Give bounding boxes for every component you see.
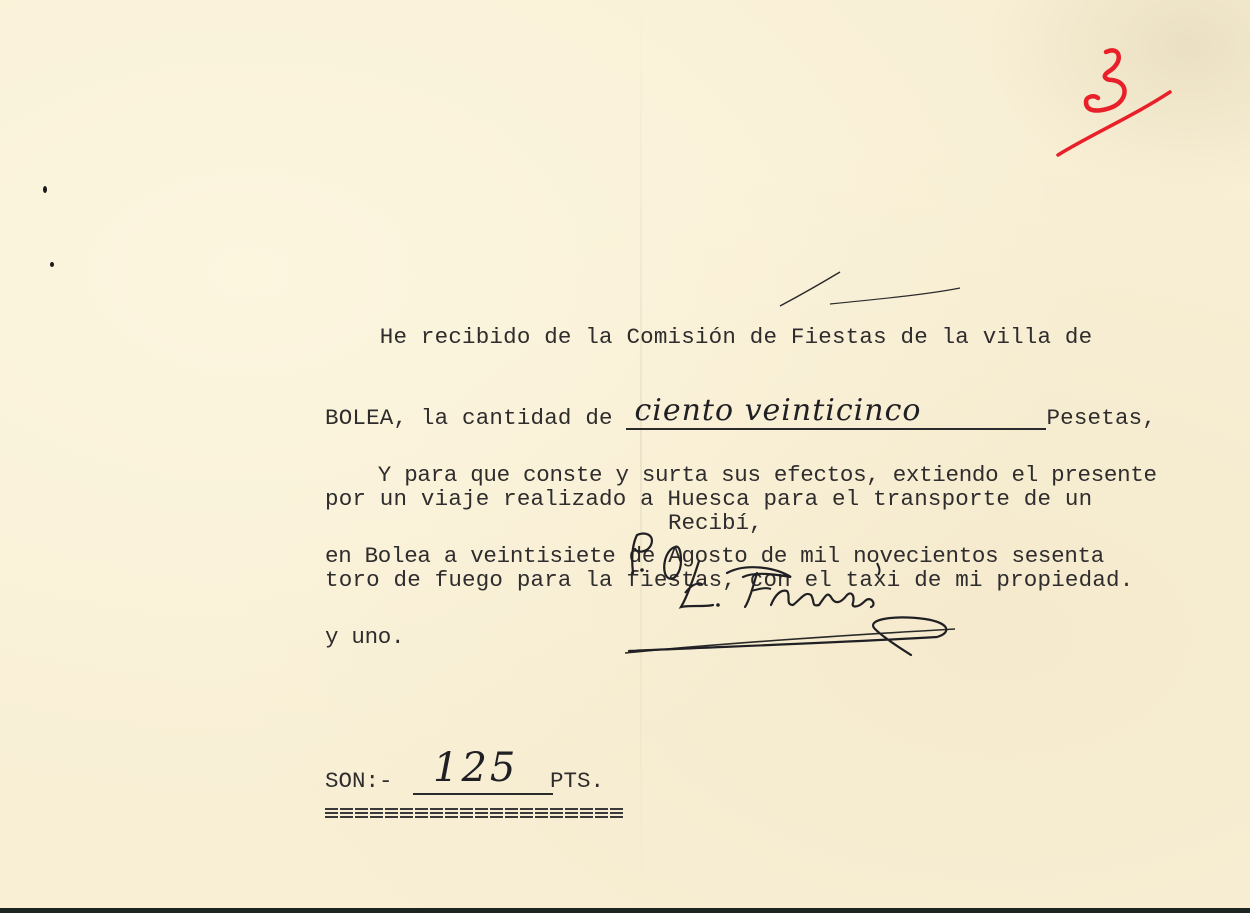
margin-mark xyxy=(50,262,54,267)
double-rule-separator xyxy=(325,808,625,818)
total-amount-field: 125 xyxy=(413,745,553,797)
total-label: SON:- xyxy=(325,768,393,794)
total-amount-underline xyxy=(413,793,553,795)
scan-bottom-edge xyxy=(0,908,1250,913)
page-number-mark: 3 xyxy=(1050,40,1180,160)
handwritten-signature: P.O. J. Fraus xyxy=(615,525,975,665)
ink-stroke xyxy=(770,270,970,310)
currency-label: PTS. xyxy=(550,768,604,794)
margin-mark xyxy=(43,186,47,193)
paragraph-1-line-1: He recibido de la Comisión de Fiestas de… xyxy=(325,324,1156,351)
paragraph-2-line-1: Y para que conste y surta sus efectos, e… xyxy=(325,462,1157,489)
handwritten-total-amount: 125 xyxy=(433,745,518,791)
